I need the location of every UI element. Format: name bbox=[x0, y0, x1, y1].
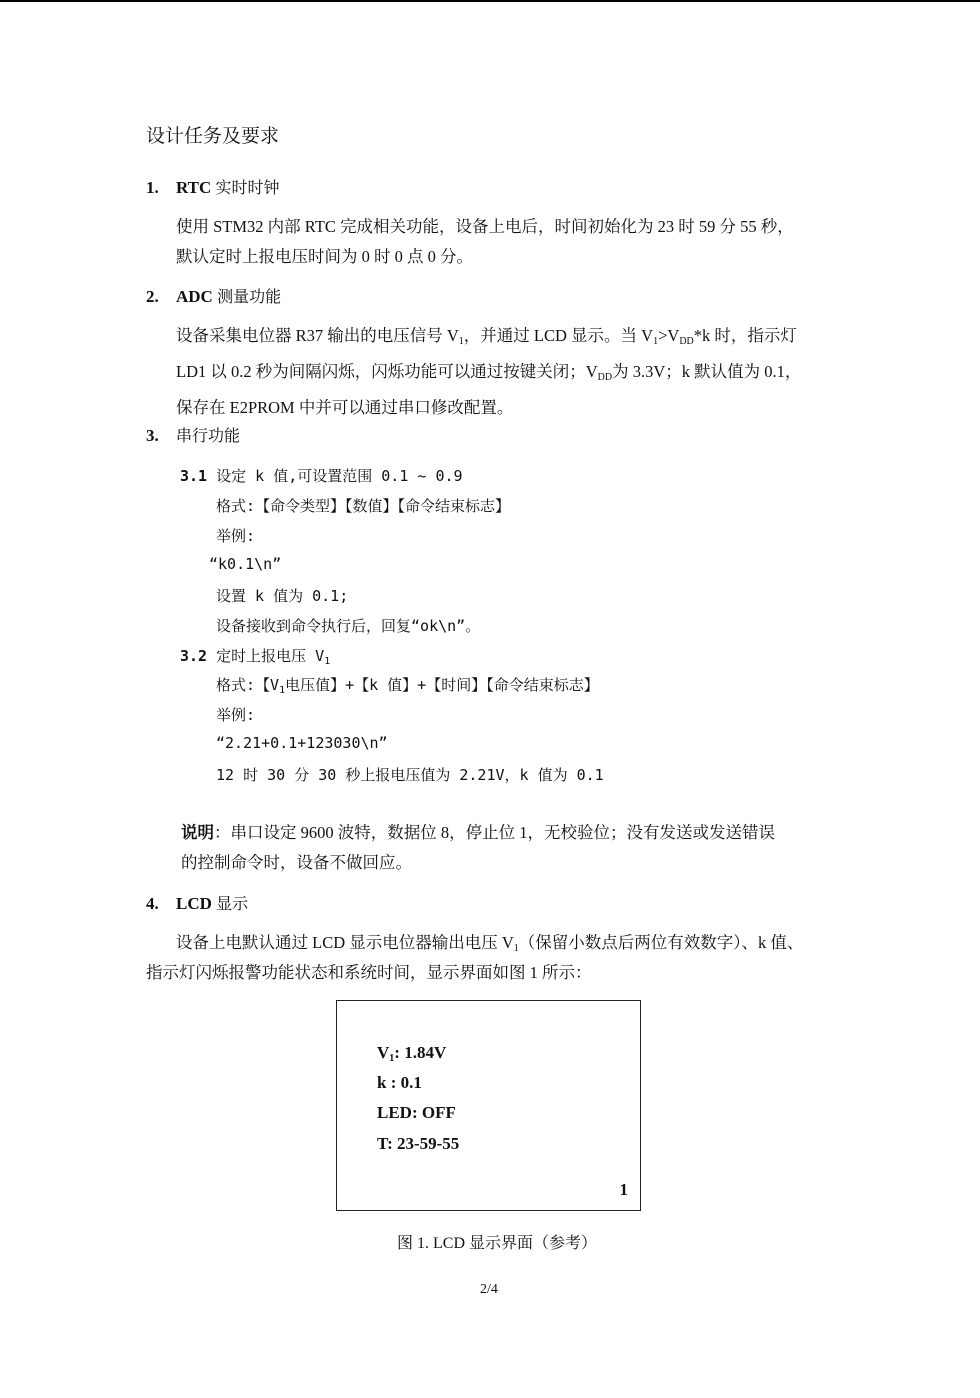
text-run: 格式:【V bbox=[216, 676, 279, 694]
text-run: >V bbox=[658, 326, 679, 345]
section-heading-cjk: 实时时钟 bbox=[216, 178, 280, 197]
text-run: ，并通过 LCD 显示。当 V bbox=[464, 326, 653, 345]
text-run: 设备采集电位器 R37 输出的电压信号 V bbox=[176, 326, 459, 345]
section-heading-latin: LCD bbox=[176, 894, 212, 913]
section-1-heading: 1.RTC 实时时钟 bbox=[146, 175, 280, 198]
text-run: ：串口设定 9600 波特，数据位 8，停止位 1，无校验位；没有发送或发送错误 bbox=[214, 823, 775, 842]
text-run: V bbox=[377, 1043, 389, 1062]
lcd-time-line: T: 23-59-55 bbox=[377, 1134, 459, 1154]
page-top-border bbox=[0, 0, 980, 2]
section-heading-cjk: 测量功能 bbox=[217, 287, 281, 306]
paragraph-line: 的控制命令时，设备不做回应。 bbox=[181, 848, 775, 878]
subscript: DD bbox=[598, 372, 612, 383]
text-run: 设备上电默认通过 LCD 显示电位器输出电压 V bbox=[176, 933, 514, 952]
page-number: 2/4 bbox=[480, 1282, 498, 1298]
example-explain: 12 时 30 分 30 秒上报电压值为 2.21V，k 值为 0.1 bbox=[216, 764, 604, 785]
text-run: （保留小数点后两位有效数字）、k 值、 bbox=[519, 933, 804, 952]
example-label: 举例: bbox=[216, 525, 255, 546]
subsection-title: 设定 k 值,可设置范围 0.1 ~ 0.9 bbox=[216, 467, 462, 485]
subsection-title: 定时上报电压 V bbox=[216, 647, 324, 665]
text-run: *k 时，指示灯 bbox=[694, 326, 797, 345]
paragraph-line: 说明：串口设定 9600 波特，数据位 8，停止位 1，无校验位；没有发送或发送… bbox=[181, 818, 775, 848]
subsection-number: 3.1 bbox=[180, 467, 207, 485]
lcd-k-line: k : 0.1 bbox=[377, 1073, 422, 1093]
example-command: “2.21+0.1+123030\n” bbox=[216, 734, 388, 752]
section-3-heading: 3.串行功能 bbox=[146, 423, 240, 446]
section-heading-cjk: 串行功能 bbox=[176, 426, 240, 445]
section-1-paragraph: 使用 STM32 内部 RTC 完成相关功能，设备上电后，时间初始化为 23 时… bbox=[176, 212, 794, 272]
lcd-display-figure: V1: 1.84V k : 0.1 LED: OFF T: 23-59-55 1 bbox=[336, 1000, 641, 1211]
example-command: “k0.1\n” bbox=[209, 555, 281, 573]
section-4-line-2: 指示灯闪烁报警功能状态和系统时间，显示界面如图 1 所示： bbox=[146, 958, 592, 988]
lcd-led-line: LED: OFF bbox=[377, 1103, 456, 1123]
serial-note: 说明：串口设定 9600 波特，数据位 8，停止位 1，无校验位；没有发送或发送… bbox=[181, 818, 775, 878]
section-number: 1. bbox=[146, 178, 176, 198]
text-run: 为 3.3V；k 默认值为 0.1， bbox=[612, 362, 801, 381]
section-number: 3. bbox=[146, 426, 176, 446]
section-4-heading: 4.LCD 显示 bbox=[146, 891, 248, 914]
lcd-page-indicator: 1 bbox=[620, 1180, 629, 1200]
paragraph-line: 保存在 E2PROM 中并可以通过串口修改配置。 bbox=[176, 393, 801, 423]
lcd-voltage-line: V1: 1.84V bbox=[377, 1043, 446, 1064]
subsection-3-2-title: 3.2 定时上报电压 V1 bbox=[180, 645, 330, 667]
section-2-paragraph: 设备采集电位器 R37 输出的电压信号 V1，并通过 LCD 显示。当 V1>V… bbox=[176, 321, 801, 423]
example-reply: 设备接收到命令执行后，回复“ok\n”。 bbox=[216, 615, 480, 636]
text-run: : 1.84V bbox=[394, 1043, 446, 1062]
format-line: 格式:【命令类型】【数值】【命令结束标志】 bbox=[216, 495, 510, 516]
section-heading-latin: RTC bbox=[176, 178, 211, 197]
subscript: DD bbox=[679, 336, 693, 347]
section-heading-cjk: 显示 bbox=[216, 894, 248, 913]
figure-caption: 图 1. LCD 显示界面（参考） bbox=[397, 1230, 597, 1253]
section-number: 4. bbox=[146, 894, 176, 914]
text-run: LD1 以 0.2 秒为间隔闪烁，闪烁功能可以通过按键关闭；V bbox=[176, 362, 598, 381]
section-number: 2. bbox=[146, 287, 176, 307]
format-line: 格式:【V1电压值】+【k 值】+【时间】【命令结束标志】 bbox=[216, 674, 599, 696]
subscript: 1 bbox=[324, 656, 330, 667]
example-explain: 设置 k 值为 0.1; bbox=[216, 585, 348, 606]
page-title: 设计任务及要求 bbox=[146, 121, 279, 148]
paragraph-line: LD1 以 0.2 秒为间隔闪烁，闪烁功能可以通过按键关闭；VDD为 3.3V；… bbox=[176, 357, 801, 393]
subsection-3-1-title: 3.1 设定 k 值,可设置范围 0.1 ~ 0.9 bbox=[180, 465, 463, 486]
paragraph-line: 默认定时上报电压时间为 0 时 0 点 0 分。 bbox=[176, 242, 794, 272]
section-2-heading: 2.ADC 测量功能 bbox=[146, 284, 281, 307]
example-label: 举例: bbox=[216, 704, 255, 725]
subsection-number: 3.2 bbox=[180, 647, 207, 665]
section-heading-latin: ADC bbox=[176, 287, 213, 306]
paragraph-line: 设备采集电位器 R37 输出的电压信号 V1，并通过 LCD 显示。当 V1>V… bbox=[176, 321, 801, 357]
text-run: 电压值】+【k 值】+【时间】【命令结束标志】 bbox=[285, 676, 599, 694]
paragraph-line: 使用 STM32 内部 RTC 完成相关功能，设备上电后，时间初始化为 23 时… bbox=[176, 212, 794, 242]
note-label: 说明 bbox=[181, 823, 214, 842]
